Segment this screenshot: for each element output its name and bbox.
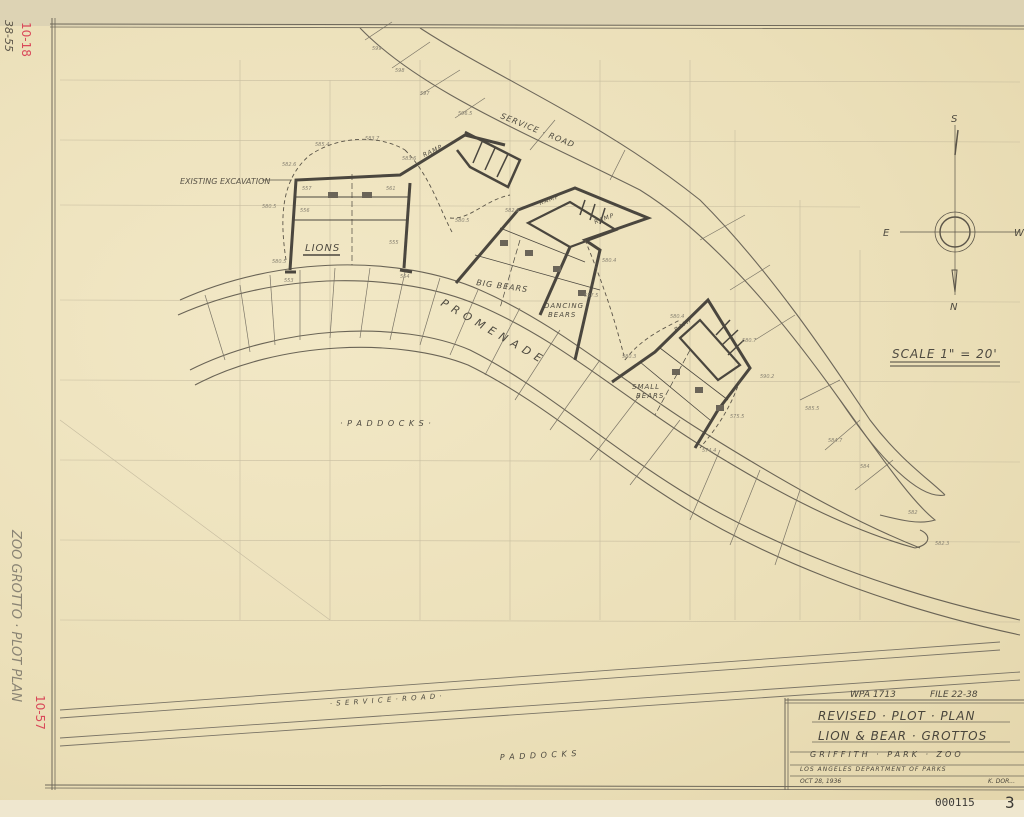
excavation-dashed-line (405, 150, 452, 232)
elevation-label: 561 (386, 186, 396, 192)
sheet-number: 3 (1005, 793, 1015, 812)
elevation-label: 553 (284, 278, 294, 284)
location-line: GRIFFITH · PARK · ZOO (810, 750, 964, 759)
elevation-label: 582.3 (935, 541, 949, 547)
elevation-label: 554 (400, 274, 410, 280)
elevation-label: 575.5 (730, 414, 744, 420)
elevation-label: 574.4 (702, 448, 716, 454)
elevation-label: 596.5 (458, 111, 472, 117)
service-road-upper-label: SERVICE · ROAD (499, 112, 576, 150)
file-number: FILE 22-38 (930, 690, 978, 700)
elevation-label: 580.3 (622, 354, 636, 360)
drawing-sheet: EXISTING EXCAVATION LIONS BIG BEARS DANC… (0, 0, 1024, 817)
compass-south-label: S (951, 114, 958, 125)
big-bears-ramp-label: RAMP (538, 193, 560, 207)
date-line: OCT 28, 1936 (800, 778, 841, 785)
elevation-label: 580.5 (262, 204, 276, 210)
elevation-label: 555 (389, 240, 399, 246)
faint-construction-line (60, 420, 330, 620)
elevation-label: 557 (302, 186, 312, 192)
drafter-initials: K. DOR... (988, 778, 1015, 785)
elevation-label: 582 (908, 510, 918, 516)
paddocks-lower-label: P A D D O C K S (500, 749, 578, 762)
elevation-label: 580.7 (742, 338, 757, 344)
dancing-bears-label-1: DANCING (544, 302, 584, 310)
lions-label: LIONS (305, 243, 340, 254)
promenade-path (178, 265, 1020, 635)
elevation-label: 585.4 (315, 142, 329, 148)
margin-note-red-bottom: 10-57 (33, 695, 47, 730)
title-line-1: REVISED · PLOT · PLAN (818, 709, 975, 723)
plot-plan-drawing: EXISTING EXCAVATION LIONS BIG BEARS DANC… (0, 0, 1024, 817)
compass-east-label: E (883, 228, 890, 239)
archive-stamp-number: 000115 (935, 796, 975, 809)
compass-rose (900, 125, 1020, 295)
elevation-label: 556 (300, 208, 310, 214)
elevation-label: 557.5 (584, 293, 598, 299)
lions-ramp-label: RAMP (422, 144, 444, 159)
dancing-bears-label-2: BEARS (548, 311, 576, 319)
survey-grid (60, 60, 1020, 622)
small-bears-label-2: BEARS (636, 392, 664, 400)
agency-line: LOS ANGELES DEPARTMENT OF PARKS (800, 766, 947, 773)
elevation-label: 590.2 (760, 374, 774, 380)
small-bears-label-1: SMALL (632, 383, 660, 391)
elevation-label: 597 (420, 91, 430, 97)
margin-note-red-top: 10-18 (19, 22, 33, 57)
margin-note-black-top: 38-55 (2, 20, 15, 52)
title-line-2: LION & BEAR · GROTTOS (818, 729, 987, 743)
elevation-label: 599 (372, 46, 382, 52)
elevation-label: 580.4 (602, 258, 616, 264)
upper-service-road (360, 28, 945, 522)
paddocks-upper-label: · P A D D O C K S · (340, 419, 432, 428)
elevation-label: 580.5 (272, 259, 286, 265)
elevation-label: 584.7 (828, 438, 843, 444)
wpa-project-number: WPA 1713 (850, 690, 896, 700)
existing-excavation-label: EXISTING EXCAVATION (180, 177, 270, 186)
elevation-label: 584 (860, 464, 870, 470)
scale-label: SCALE 1" = 20' (892, 347, 998, 361)
big-bears-dashed-line (450, 195, 510, 218)
elevation-label: 583.7 (365, 136, 380, 142)
elevation-label: 580.4 (670, 314, 684, 320)
promenade-station-lines (205, 268, 800, 565)
compass-west-label: W (1014, 228, 1024, 239)
margin-note-vertical-title: ZOO GROTTO · PLOT PLAN (8, 529, 23, 702)
elevation-label: 585.5 (805, 406, 819, 412)
elevation-label: 580.5 (455, 218, 469, 224)
compass-north-label: N (950, 302, 958, 313)
existing-excavation-outline (283, 139, 405, 260)
elevation-label: 582.6 (505, 208, 519, 214)
elevation-label: 598 (395, 68, 405, 74)
elevation-label: 582.6 (282, 162, 296, 168)
service-road-station-ticks (365, 22, 893, 490)
elevation-label: 583.6 (402, 156, 416, 162)
